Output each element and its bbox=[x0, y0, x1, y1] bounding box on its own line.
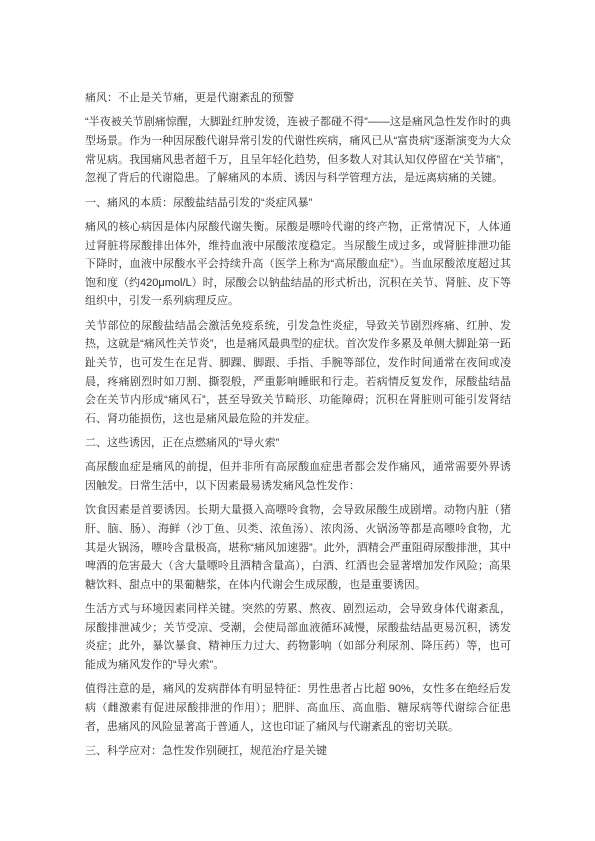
section-2-paragraph-1: 高尿酸血症是痛风的前提，但并非所有高尿酸血症患者都会发作痛风，通常需要外界诱因触… bbox=[85, 458, 511, 495]
section-2-paragraph-4: 值得注意的是，痛风的发病群体有明显特征：男性患者占比超 90%，女性多在绝经后发… bbox=[85, 680, 511, 736]
section-1-heading: 一、痛风的本质：尿酸盐结晶引发的“炎症风暴” bbox=[85, 194, 511, 213]
section-2-paragraph-3: 生活方式与环境因素同样关键。突然的劳累、熬夜、剧烈运动，会导致身体代谢紊乱，尿酸… bbox=[85, 600, 511, 674]
section-2-heading: 二、这些诱因，正在点燃痛风的“导火索” bbox=[85, 434, 511, 453]
section-1-paragraph-2: 关节部位的尿酸盐结晶会激活免疫系统，引发急性炎症，导致关节剧烈疼痛、红肿、发热，… bbox=[85, 317, 511, 429]
document-page: 痛风：不止是关节痛，更是代谢紊乱的预警 “半夜被关节剧痛惊醒，大脚趾红肿发烫，连… bbox=[0, 0, 595, 841]
section-3-heading: 三、科学应对：急性发作别硬扛，规范治疗是关键 bbox=[85, 742, 511, 761]
section-2-paragraph-2: 饮食因素是首要诱因。长期大量摄入高嘌呤食物，会导致尿酸生成剧增。动物内脏（猪肝、… bbox=[85, 501, 511, 594]
intro-paragraph: “半夜被关节剧痛惊醒，大脚趾红肿发烫，连被子都碰不得”——这是痛风急性发作时的典… bbox=[85, 113, 511, 187]
section-1-paragraph-1: 痛风的核心病因是体内尿酸代谢失衡。尿酸是嘌呤代谢的终产物，正常情况下，人体通过肾… bbox=[85, 218, 511, 311]
document-title: 痛风：不止是关节痛，更是代谢紊乱的预警 bbox=[85, 89, 511, 108]
